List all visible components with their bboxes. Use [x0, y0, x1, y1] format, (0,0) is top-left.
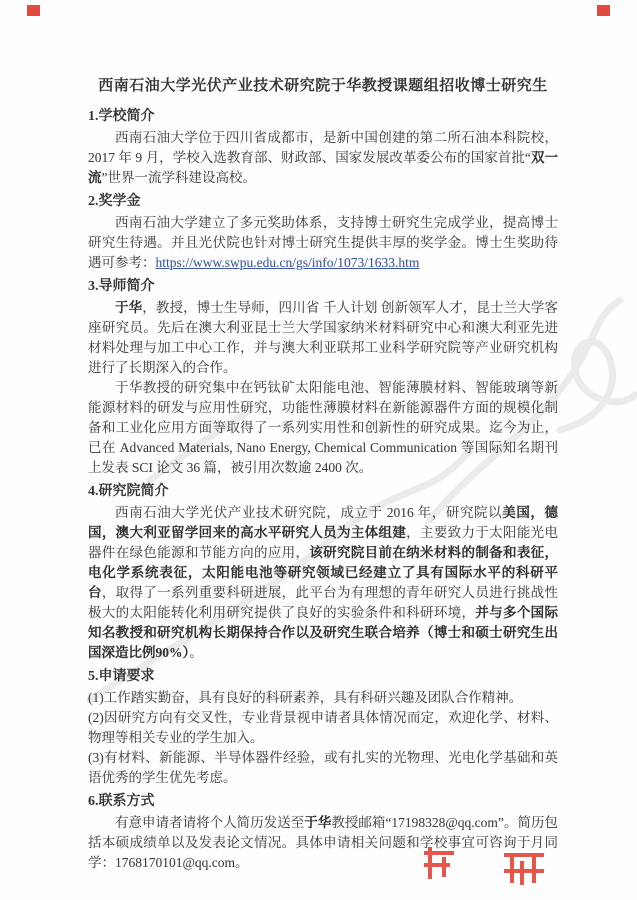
section-supervisor-intro: 3.导师简介 于华，教授，博士生导师，四川省 千人计划 创新领军人才，昆士兰大学… [88, 277, 558, 478]
requirement-item-1: (1)工作踏实勤奋，具有良好的科研素养，具有科研兴趣及团队合作精神。 [88, 688, 558, 708]
section-contact: 6.联系方式 有意申请者请将个人简历发送至于华教授邮箱“17198328@qq.… [88, 792, 558, 873]
bold-text-segment: 于华 [115, 300, 142, 315]
text-segment: (1)工作踏实勤奋，具有良好的科研素养，具有科研兴趣及团队合作精神。 [88, 690, 522, 705]
text-segment: 西南石油大学光伏产业技术研究院，成立于 2016 年，研究院以 [115, 505, 502, 520]
section-scholarship: 2.奖学金 西南石油大学建立了多元奖助体系，支持博士研究生完成学业，提高博士研究… [88, 192, 558, 273]
paragraph-institute-intro: 西南石油大学光伏产业技术研究院，成立于 2016 年，研究院以美国，德国，澳大利… [88, 503, 558, 663]
text-segment: (3)有材料、新能源、半导体器件经验，或有扎实的光物理、光电化学基础和英语优秀的… [88, 750, 558, 785]
paragraph-school-intro: 西南石油大学位于四川省成都市，是新中国创建的第二所石油本科院校，2017 年 9… [88, 128, 558, 188]
paragraph-supervisor-research: 于华教授的研究集中在钙钛矿太阳能电池、智能薄膜材料、智能玻璃等新能源材料的研发与… [88, 378, 558, 478]
text-segment: 于华教授的研究集中在钙钛矿太阳能电池、智能薄膜材料、智能玻璃等新能源材料的研发与… [88, 380, 558, 475]
section-school-intro: 1.学校简介 西南石油大学位于四川省成都市，是新中国创建的第二所石油本科院校，2… [88, 107, 558, 188]
bold-text-segment: 于华 [304, 815, 331, 830]
section-application-requirements: 5.申请要求 (1)工作踏实勤奋，具有良好的科研素养，具有科研兴趣及团队合作精神… [88, 667, 558, 788]
heading-scholarship: 2.奖学金 [88, 192, 558, 212]
red-stamp-top-left [27, 5, 40, 16]
text-segment: 有意申请者请将个人简历发送至 [115, 815, 304, 830]
paragraph-contact: 有意申请者请将个人简历发送至于华教授邮箱“17198328@qq.com”。简历… [88, 813, 558, 873]
document-page: 西南石油大学光伏产业技术研究院于华教授课题组招收博士研究生 1.学校简介 西南石… [0, 0, 637, 900]
heading-application-requirements: 5.申请要求 [88, 667, 558, 687]
heading-school-intro: 1.学校简介 [88, 107, 558, 127]
text-segment: (2)因研究方向有交叉性，专业背景视申请者具体情况而定，欢迎化学、材料、物理等相… [88, 710, 558, 745]
paragraph-scholarship: 西南石油大学建立了多元奖助体系，支持博士研究生完成学业，提高博士研究生待遇。并且… [88, 213, 558, 273]
heading-contact: 6.联系方式 [88, 792, 558, 812]
document-content: 西南石油大学光伏产业技术研究院于华教授课题组招收博士研究生 1.学校简介 西南石… [0, 0, 637, 873]
text-segment: ，教授，博士生导师，四川省 千人计划 创新领军人才，昆士兰大学客座研究员。先后在… [88, 300, 558, 375]
red-stamp-bottom-right-fragment [500, 849, 548, 887]
text-segment: 西南石油大学位于四川省成都市，是新中国创建的第二所石油本科院校，2017 年 9… [88, 130, 558, 165]
red-stamp-bottom-left-fragment [420, 845, 458, 881]
scholarship-link[interactable]: https://www.swpu.edu.cn/gs/info/1073/163… [156, 255, 420, 270]
requirement-item-3: (3)有材料、新能源、半导体器件经验，或有扎实的光物理、光电化学基础和英语优秀的… [88, 748, 558, 788]
paragraph-supervisor-bio: 于华，教授，博士生导师，四川省 千人计划 创新领军人才，昆士兰大学客座研究员。先… [88, 298, 558, 378]
heading-supervisor-intro: 3.导师简介 [88, 277, 558, 297]
section-institute-intro: 4.研究院简介 西南石油大学光伏产业技术研究院，成立于 2016 年，研究院以美… [88, 482, 558, 663]
text-segment: ”世界一流学科建设高校。 [102, 170, 257, 185]
red-stamp-top-right [597, 5, 610, 16]
document-title: 西南石油大学光伏产业技术研究院于华教授课题组招收博士研究生 [88, 76, 558, 97]
heading-institute-intro: 4.研究院简介 [88, 482, 558, 502]
text-segment: 。 [189, 645, 203, 660]
requirement-item-2: (2)因研究方向有交叉性，专业背景视申请者具体情况而定，欢迎化学、材料、物理等相… [88, 708, 558, 748]
